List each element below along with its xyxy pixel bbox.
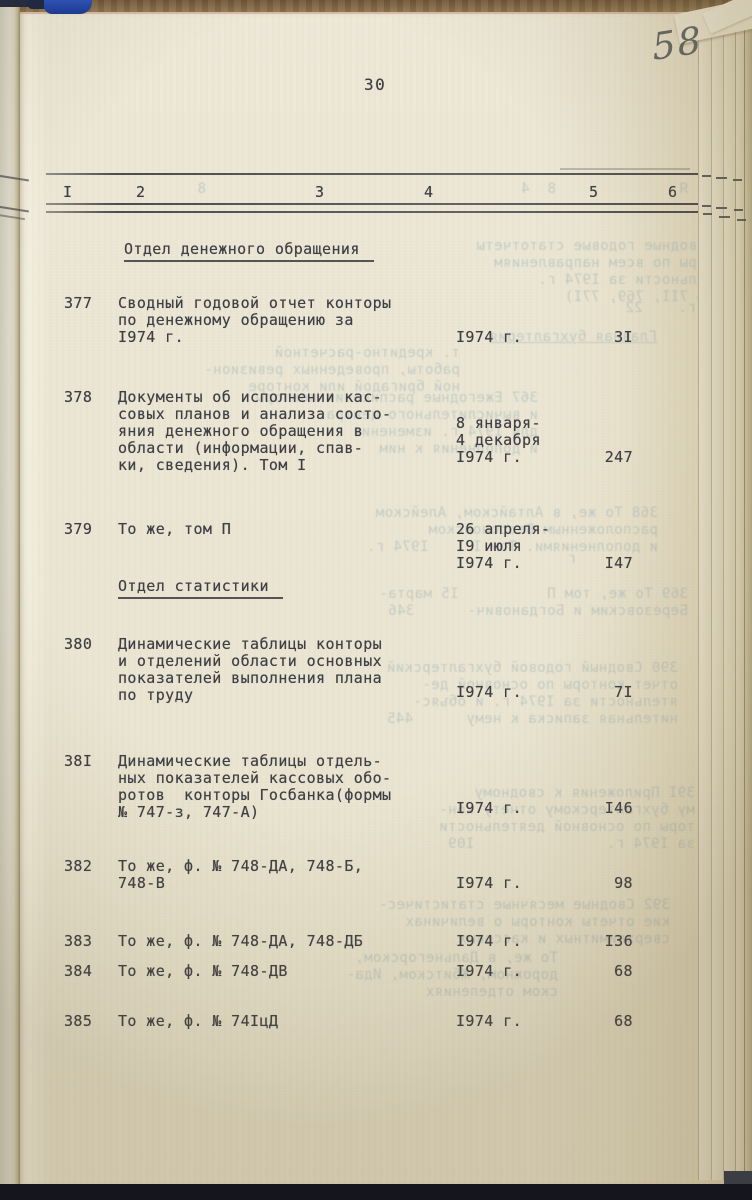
column-header-3: 3 xyxy=(315,184,324,201)
entry-description: То же, том П xyxy=(118,521,231,538)
entry-sheet-count: 98 xyxy=(545,875,633,892)
table-rule-top xyxy=(46,173,752,175)
entry-description: Динамические таблицы конторы и отделений… xyxy=(118,636,382,704)
entry-number: 380 xyxy=(64,636,92,653)
entry-date: 26 апреля- I9 июля I974 г. xyxy=(456,521,550,572)
entry-sheet-count: 3I xyxy=(545,329,633,346)
entry-number: 385 xyxy=(64,1013,92,1030)
table-surface-bottom xyxy=(0,1184,752,1200)
binder-edge-dark xyxy=(0,0,30,7)
entry-sheet-count: 68 xyxy=(545,963,633,980)
entry-sheet-count: 68 xyxy=(545,1013,633,1030)
column-header-5: 5 xyxy=(589,184,598,201)
entry-description: Динамические таблицы отдель- ных показат… xyxy=(118,753,392,821)
table-rule-edge-dash xyxy=(733,179,742,181)
column-header-1: I xyxy=(63,184,72,201)
entry-number: 379 xyxy=(64,521,92,538)
bleedthrough-text: 8 xyxy=(146,181,206,198)
table-rule-bottom-1 xyxy=(46,203,752,205)
entry-number: 378 xyxy=(64,389,92,406)
table-rule-edge-dash xyxy=(737,219,746,221)
entry-number: 382 xyxy=(64,858,92,875)
underlying-page-edge-left xyxy=(0,6,20,1190)
entry-description: То же, ф. № 748-ДВ xyxy=(118,963,288,980)
entry-date: I974 г. xyxy=(456,684,522,701)
entry-date: I974 г. xyxy=(456,1013,522,1030)
entry-date: I974 г. xyxy=(456,875,522,892)
entry-number: 383 xyxy=(64,933,92,950)
entry-sheet-count: I36 xyxy=(545,933,633,950)
entry-number: 377 xyxy=(64,295,92,312)
section-heading: Отдел статистики xyxy=(118,578,283,599)
page-edge-strip xyxy=(744,10,752,1180)
entry-sheet-count: I47 xyxy=(545,555,633,572)
entry-description: То же, ф. № 748-ДА, 748-ДБ xyxy=(118,933,363,950)
entry-date: I974 г. xyxy=(456,329,522,346)
table-rule-edge-dash xyxy=(716,177,727,179)
page-number: 30 xyxy=(364,76,386,93)
table-rule-edge-dash xyxy=(702,205,711,207)
handwritten-folio-number: 58 xyxy=(650,18,704,69)
entry-description: Документы об исполнении кас- совых плано… xyxy=(118,389,392,474)
bleedthrough-text: 2 Я xyxy=(616,181,706,198)
entry-number: 384 xyxy=(64,963,92,980)
bleedthrough-text: 8 4 xyxy=(436,181,556,198)
page-edge-strip xyxy=(698,10,712,1180)
bleedthrough-text: 366 Сводные годовые статотчеты конторы п… xyxy=(396,238,741,306)
binder-edge-blue xyxy=(44,0,92,14)
entry-date: I974 г. xyxy=(456,963,522,980)
table-rule-edge-dash xyxy=(734,209,743,211)
entry-date: 8 января- 4 декабря I974 г. xyxy=(456,415,541,466)
table-rule-edge-dash xyxy=(716,207,727,209)
table-rule-edge-dash xyxy=(703,213,712,215)
entry-sheet-count: 247 xyxy=(545,449,633,466)
column-header-2: 2 xyxy=(136,184,145,201)
column-header-4: 4 xyxy=(424,184,433,201)
table-rule-ghost xyxy=(560,168,690,170)
entry-description: То же, ф. № 748-ДА, 748-Б, 748-В xyxy=(118,858,363,892)
table-rule-bottom-2 xyxy=(46,211,752,213)
entry-date: I974 г. xyxy=(456,800,522,817)
column-header-6: 6 xyxy=(668,184,677,201)
section-heading: Отдел денежного обращения xyxy=(124,241,374,262)
entry-description: То же, ф. № 74IцД xyxy=(118,1013,278,1030)
entry-sheet-count: I46 xyxy=(545,800,633,817)
table-rule-edge-dash xyxy=(719,216,730,218)
scanned-archive-page: 366 Сводные годовые статотчеты конторы п… xyxy=(0,0,752,1200)
entry-description: Сводный годовой отчет конторы по денежно… xyxy=(118,295,392,346)
table-rule-edge-dash xyxy=(702,175,711,177)
entry-date: I974 г. xyxy=(456,933,522,950)
entry-sheet-count: 7I xyxy=(545,684,633,701)
entry-number: 38I xyxy=(64,753,92,770)
